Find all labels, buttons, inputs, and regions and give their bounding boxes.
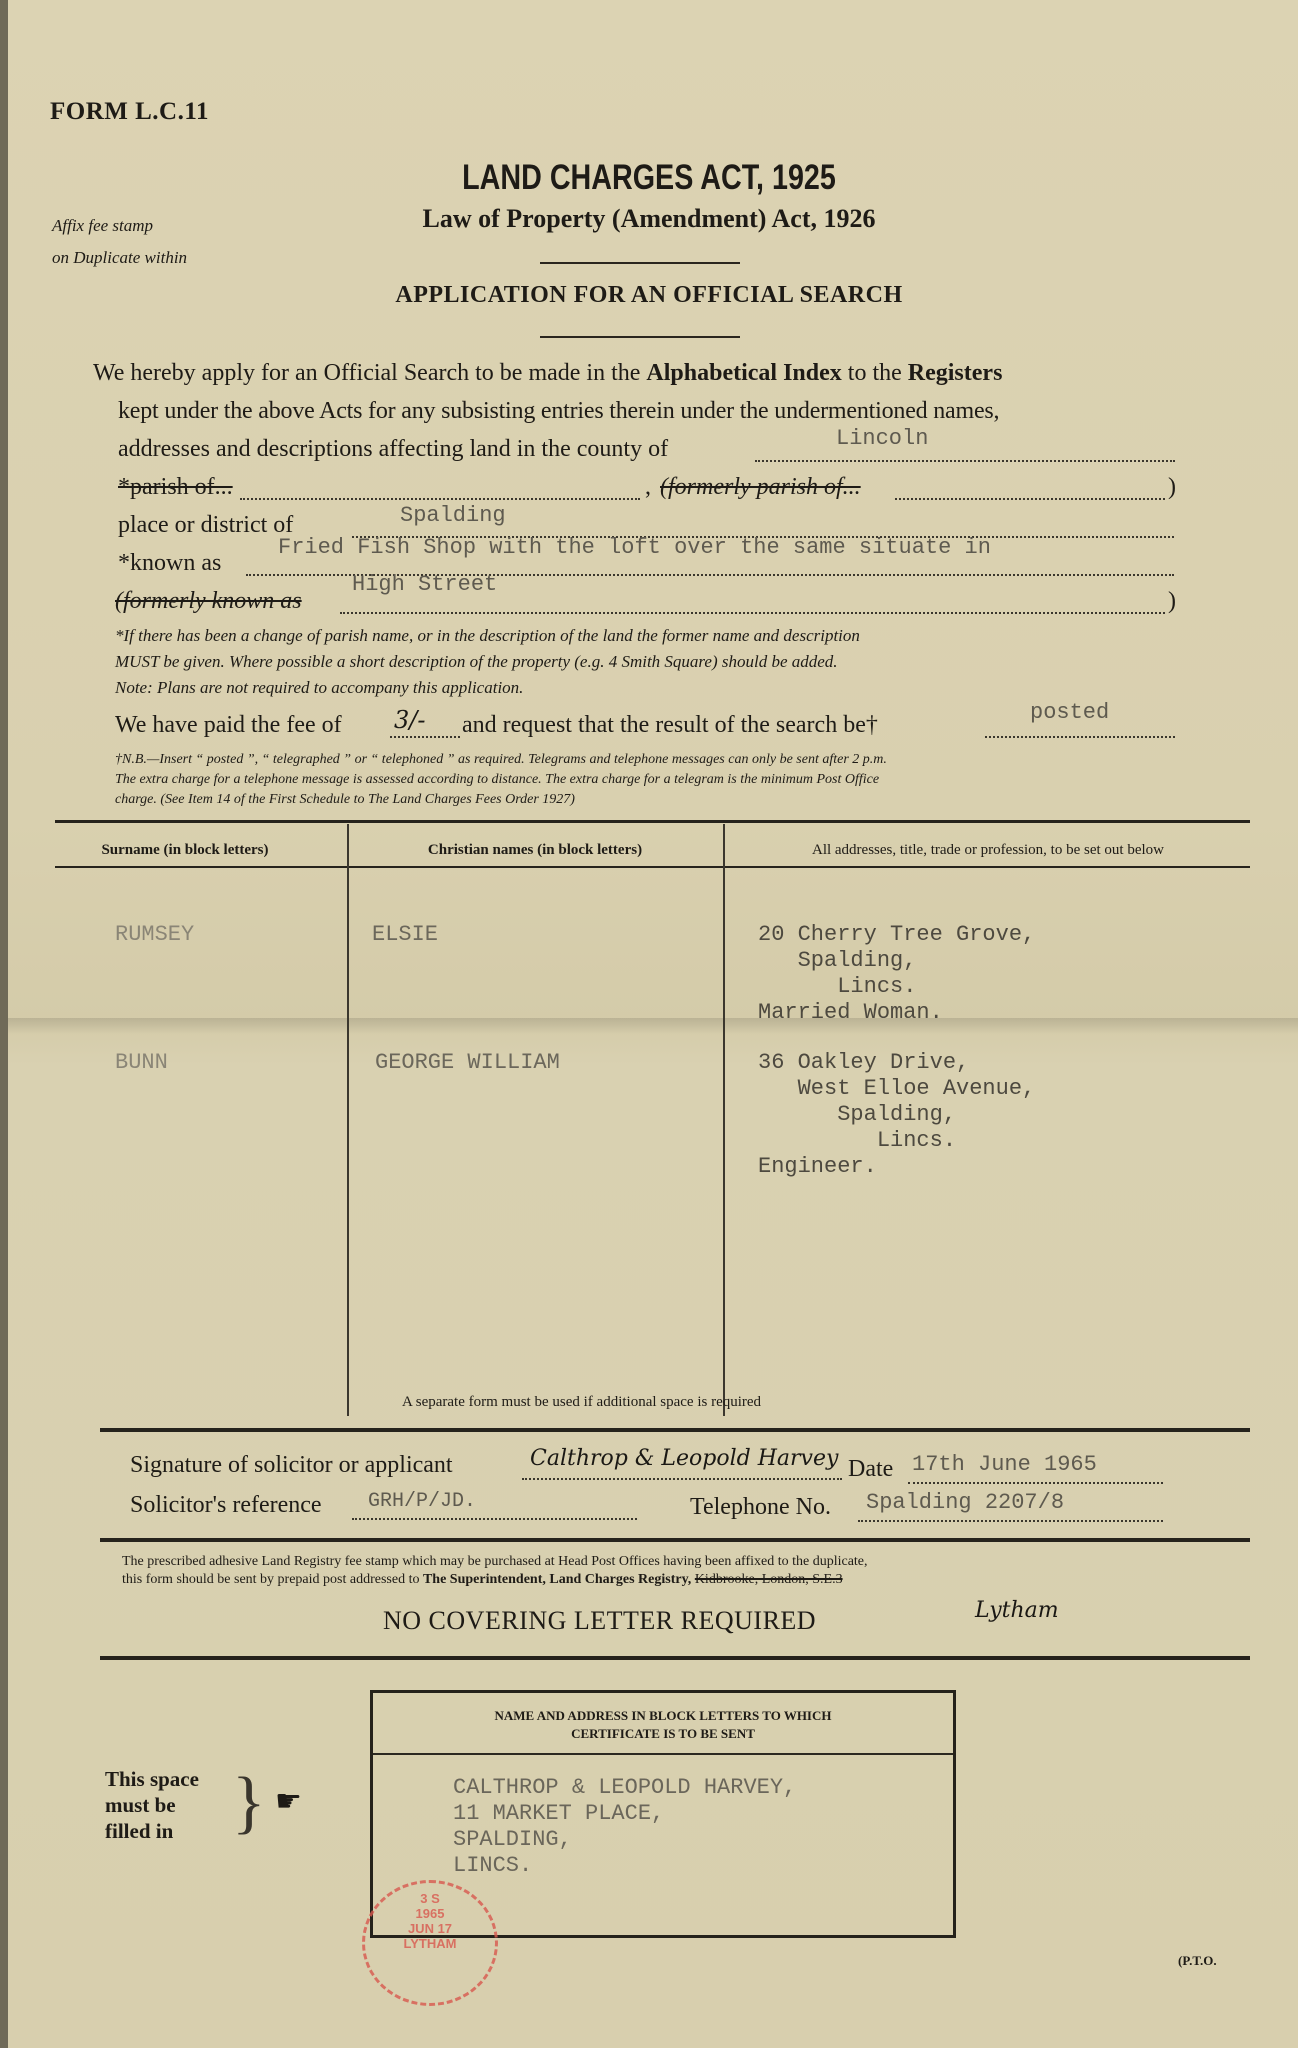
registry-stamp: 3 S 1965 JUN 17 LYTHAM [362,1880,498,2006]
parish-note: *If there has been a change of parish na… [115,626,860,646]
surname-cell: RUMSEY [115,922,194,948]
parish-field-line[interactable] [240,498,640,500]
column-header-christian-names: Christian names (in block letters) [350,842,720,859]
known-as-field[interactable]: Fried Fish Shop with the loft over the s… [278,535,991,560]
certificate-address-field[interactable]: CALTHROP & LEOPOLD HARVEY, 11 MARKET PLA… [453,1775,796,1879]
signature-field-line [522,1478,842,1480]
side-note-line: This space [105,1766,199,1792]
reference-field[interactable]: GRH/P/JD. [368,1490,476,1513]
postal-instructions: The prescribed adhesive Land Registry fe… [122,1554,868,1570]
signature-label: Signature of solicitor or applicant [130,1452,453,1479]
intro-line-1: We hereby apply for an Official Search t… [93,360,1002,387]
county-field[interactable]: Lincoln [836,426,928,451]
column-header-addresses: All addresses, title, trade or professio… [728,842,1248,859]
box-heading-line: NAME AND ADDRESS IN BLOCK LETTERS TO WHI… [373,1707,953,1725]
address-cell: 20 Cherry Tree Grove, Spalding, Lincs. M… [758,922,1035,1026]
place-label: place or district of [118,512,293,539]
column-divider [347,824,349,1416]
fee-field[interactable]: 3/- [394,706,425,734]
intro-line-2: kept under the above Acts for any subsis… [118,398,999,425]
box-heading-line: CERTIFICATE IS TO BE SENT [373,1725,953,1743]
pto-label: (P.T.O. [1178,1953,1217,1969]
plans-note: Note: Plans are not required to accompan… [115,678,523,698]
divider [540,336,740,338]
result-label: and request that the result of the searc… [462,712,878,739]
pointing-hand-icon: ☛ [275,1784,302,1819]
table-top-rule [55,820,1250,823]
intro-text: We hereby apply for an Official Search t… [93,360,646,386]
date-field[interactable]: 17th June 1965 [912,1452,1097,1477]
nb-note: †N.B.—Insert “ posted ”, “ telegraphed ”… [115,752,887,768]
column-header-surname: Surname (in block letters) [60,842,310,859]
affix-note-line: on Duplicate within [52,242,187,274]
page-fold [8,1018,1298,1034]
christian-names-cell: GEORGE WILLIAM [375,1050,560,1076]
closing-paren: ) [1168,474,1176,501]
act-subtitle: Law of Property (Amendment) Act, 1926 [0,204,1298,234]
stamp-text: 1965 [365,1906,495,1921]
fee-field-line [390,736,460,738]
box-divider [373,1753,953,1755]
intro-bold: Registers [908,360,1003,386]
stamp-text: 3 S [365,1891,495,1906]
stamp-text: JUN 17 [365,1921,495,1936]
comma: , [645,474,651,501]
handwritten-correction: Lytham [975,1598,1059,1623]
postal-text: this form should be sent by prepaid post… [122,1572,423,1587]
postal-instructions: this form should be sent by prepaid post… [122,1572,843,1588]
reference-label: Solicitor's reference [130,1492,322,1519]
formerly-known-field-line [340,612,1165,614]
county-field-line [755,460,1175,462]
result-field-line [985,736,1175,738]
postal-bottom-rule [100,1656,1250,1660]
intro-bold: Alphabetical Index [646,360,841,386]
brace-icon: } [232,1768,266,1838]
date-field-line [908,1482,1163,1484]
column-divider [723,824,725,1416]
county-label: addresses and descriptions affecting lan… [118,436,668,463]
known-as-label: *known as [118,550,221,577]
result-method-field[interactable]: posted [1030,700,1109,725]
nb-note: charge. (See Item 14 of the First Schedu… [115,792,575,808]
struck-address: Kidbrooke, London, S.E.3 [695,1572,843,1587]
address-cell: 36 Oakley Drive, West Elloe Avenue, Spal… [758,1050,1035,1180]
formerly-known-field[interactable]: High Street [352,572,497,597]
signature-bottom-rule [100,1538,1250,1542]
nb-note: The extra charge for a telephone message… [115,772,879,788]
form-number: FORM L.C.11 [50,98,209,126]
surname-cell: BUNN [115,1050,168,1076]
telephone-field-line [858,1520,1163,1522]
parish-note: MUST be given. Where possible a short de… [115,652,838,672]
date-label: Date [848,1456,893,1483]
stamp-text: LYTHAM [365,1936,495,1951]
closing-paren: ) [1168,588,1176,615]
reference-field-line [352,1518,637,1520]
formerly-known-label: (formerly known as [115,588,302,615]
table-bottom-rule [100,1428,1250,1432]
no-covering-letter: NO COVERING LETTER REQUIRED [383,1606,816,1636]
intro-text: to the [842,360,908,386]
parish-label: *parish of... [118,474,233,501]
postal-address: The Superintendent, Land Charges Registr… [423,1572,695,1587]
formerly-parish-label: (formerly parish of... [660,474,861,501]
side-note: This space must be filled in [105,1766,199,1844]
fee-label: We have paid the fee of [115,712,342,739]
telephone-label: Telephone No. [690,1494,831,1521]
side-note-line: filled in [105,1818,199,1844]
act-title: LAND CHARGES ACT, 1925 [117,158,1181,198]
table-header-rule [55,866,1250,868]
signature-field[interactable]: Calthrop & Leopold Harvey [530,1446,838,1471]
divider [540,262,740,264]
box-heading: NAME AND ADDRESS IN BLOCK LETTERS TO WHI… [373,1707,953,1743]
side-note-line: must be [105,1792,199,1818]
formerly-parish-field-line[interactable] [895,498,1165,500]
form-heading: APPLICATION FOR AN OFFICIAL SEARCH [0,282,1298,309]
table-footnote: A separate form must be used if addition… [402,1394,761,1411]
place-field[interactable]: Spalding [400,503,506,528]
christian-names-cell: ELSIE [372,922,438,948]
telephone-field[interactable]: Spalding 2207/8 [866,1490,1064,1515]
